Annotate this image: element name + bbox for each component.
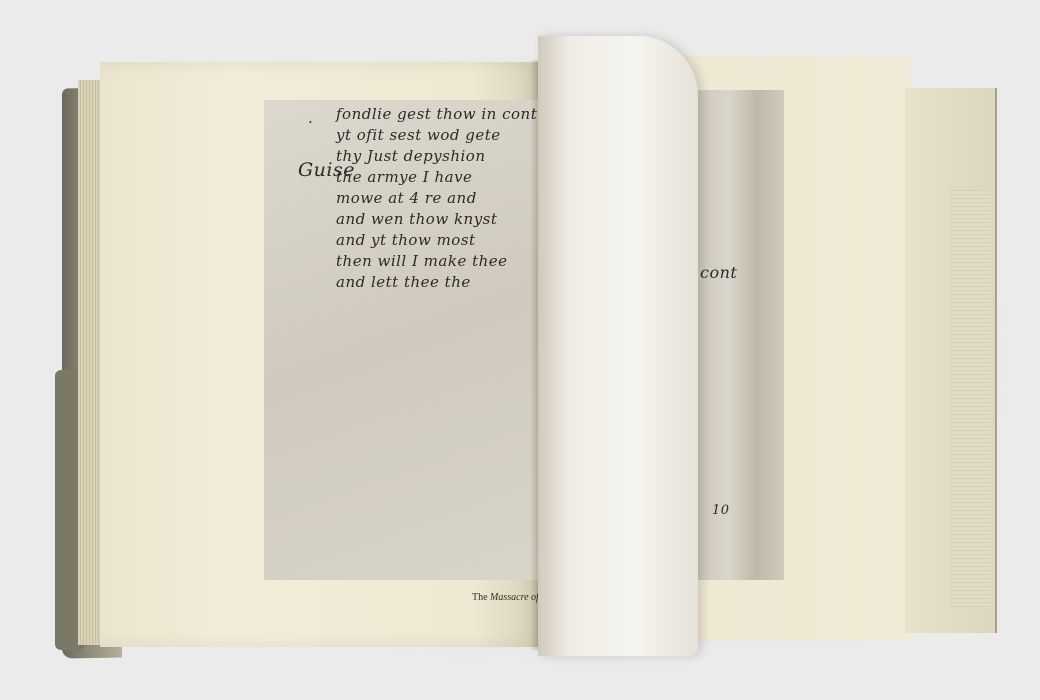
manuscript-line: the armye I have xyxy=(336,167,537,188)
manuscript-line: fondlie gest thow in cont xyxy=(336,104,537,125)
manuscript-line: and wen thow knyst xyxy=(336,209,537,230)
manuscript-line: yt ofit sest wod gete xyxy=(336,125,537,146)
manuscript-line: and yt thow most xyxy=(336,230,537,251)
bullet-mark: · xyxy=(308,112,313,133)
caption-prefix: The xyxy=(472,592,488,603)
manuscript-plate-right xyxy=(692,90,784,580)
manuscript-line: thy Just depyshion xyxy=(336,146,537,167)
manuscript-line: and lett thee the xyxy=(336,272,537,293)
manuscript-line: mowe at 4 re and xyxy=(336,188,537,209)
tissue-guard-sheet[interactable] xyxy=(538,36,698,656)
manuscript-line: then will I make thee xyxy=(336,251,537,272)
handwritten-lines: fondlie gest thow in cont yt ofit sest w… xyxy=(336,104,537,293)
folio-number: 10 xyxy=(712,500,730,521)
right-page-edge-lines xyxy=(950,190,990,610)
right-manuscript-word: cont xyxy=(700,262,737,283)
